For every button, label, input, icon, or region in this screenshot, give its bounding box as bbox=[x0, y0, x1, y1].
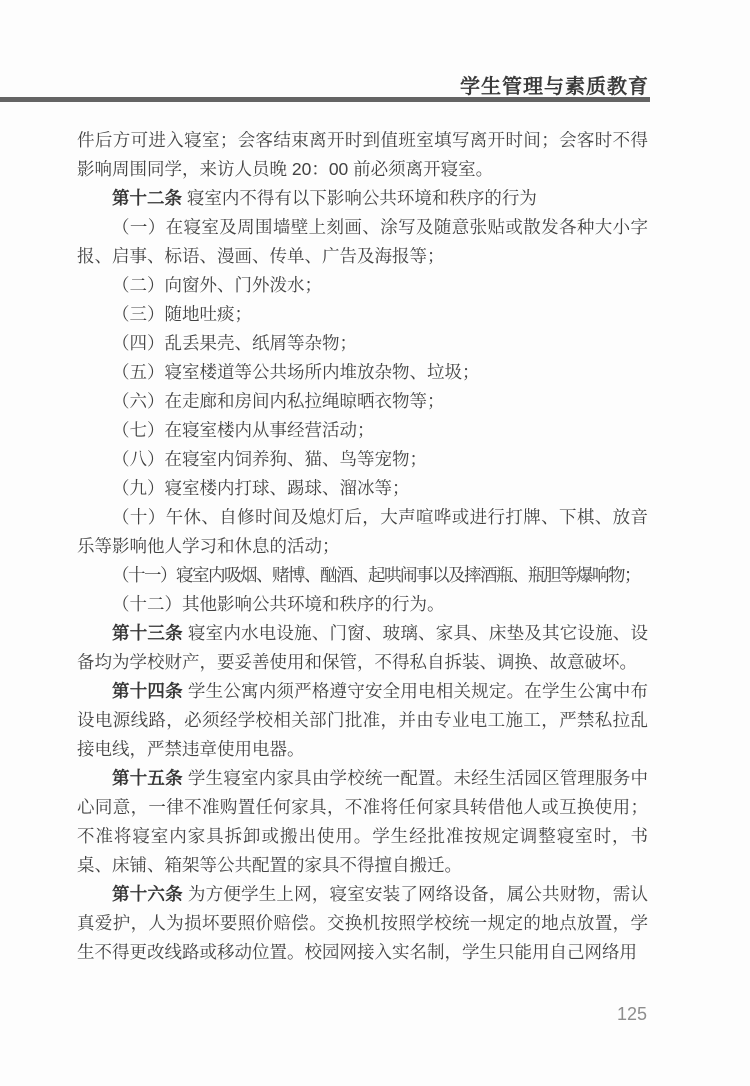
paragraph-text: （九）寝室楼内打球、踢球、溜冰等； bbox=[112, 478, 410, 498]
paragraph-text: （十二）其他影响公共环境和秩序的行为。 bbox=[112, 594, 445, 614]
paragraph-text: 件后方可进入寝室；会客结束离开时到值班室填写离开时间；会客时不得影响周围同学，来… bbox=[77, 130, 648, 179]
article-number: 第十六条 bbox=[112, 884, 183, 904]
paragraph: （十一）寝室内吸烟、赌博、酗酒、起哄闹事以及摔酒瓶、瓶胆等爆响物； bbox=[77, 561, 648, 590]
paragraph: （三）随地吐痰； bbox=[77, 300, 648, 329]
paragraph-text: （十）午休、自修时间及熄灯后，大声喧哗或进行打牌、下棋、放音乐等影响他人学习和休… bbox=[77, 507, 648, 556]
paragraph: 件后方可进入寝室；会客结束离开时到值班室填写离开时间；会客时不得影响周围同学，来… bbox=[77, 126, 648, 184]
article-paragraph: 第十四条 学生公寓内须严格遵守安全用电相关规定。在学生公寓中布设电源线路，必须经… bbox=[77, 677, 648, 764]
article-number: 第十五条 bbox=[112, 768, 183, 788]
article-number: 第十二条 bbox=[112, 188, 182, 208]
article-paragraph: 第十二条 寝室内不得有以下影响公共环境和秩序的行为 bbox=[77, 184, 648, 213]
paragraph-text: （二）向窗外、门外泼水； bbox=[112, 275, 322, 295]
document-page: 学生管理与素质教育 件后方可进入寝室；会客结束离开时到值班室填写离开时间；会客时… bbox=[0, 0, 750, 1086]
paragraph: （二）向窗外、门外泼水； bbox=[77, 271, 648, 300]
paragraph-text: （十一）寝室内吸烟、赌博、酗酒、起哄闹事以及摔酒瓶、瓶胆等爆响物； bbox=[112, 565, 640, 585]
paragraph: （五）寝室楼道等公共场所内堆放杂物、垃圾； bbox=[77, 358, 648, 387]
article-number: 第十四条 bbox=[112, 681, 183, 701]
paragraph: （十二）其他影响公共环境和秩序的行为。 bbox=[77, 590, 648, 619]
paragraph: （四）乱丢果壳、纸屑等杂物； bbox=[77, 329, 648, 358]
paragraph-text: （四）乱丢果壳、纸屑等杂物； bbox=[112, 333, 357, 353]
document-body: 件后方可进入寝室；会客结束离开时到值班室填写离开时间；会客时不得影响周围同学，来… bbox=[77, 126, 648, 967]
header-rule bbox=[0, 97, 650, 102]
paragraph-text: （八）在寝室内饲养狗、猫、鸟等宠物； bbox=[112, 449, 427, 469]
paragraph-text: （一）在寝室及周围墙壁上刻画、涂写及随意张贴或散发各种大小字报、启事、标语、漫画… bbox=[77, 217, 648, 266]
paragraph: （六）在走廊和房间内私拉绳晾晒衣物等； bbox=[77, 387, 648, 416]
paragraph-text: （三）随地吐痰； bbox=[112, 304, 252, 324]
article-paragraph: 第十五条 学生寝室内家具由学校统一配置。未经生活园区管理服务中心同意，一律不准购… bbox=[77, 764, 648, 880]
article-paragraph: 第十六条 为方便学生上网，寝室安装了网络设备，属公共财物，需认真爱护，人为损坏要… bbox=[77, 880, 648, 967]
article-paragraph: 第十三条 寝室内水电设施、门窗、玻璃、家具、床垫及其它设施、设备均为学校财产，要… bbox=[77, 619, 648, 677]
article-number: 第十三条 bbox=[112, 623, 183, 643]
paragraph: （九）寝室楼内打球、踢球、溜冰等； bbox=[77, 474, 648, 503]
paragraph-text: 寝室内不得有以下影响公共环境和秩序的行为 bbox=[187, 188, 537, 208]
paragraph: （七）在寝室楼内从事经营活动； bbox=[77, 416, 648, 445]
paragraph-text: （六）在走廊和房间内私拉绳晾晒衣物等； bbox=[112, 391, 445, 411]
paragraph: （十）午休、自修时间及熄灯后，大声喧哗或进行打牌、下棋、放音乐等影响他人学习和休… bbox=[77, 503, 648, 561]
paragraph-text: （五）寝室楼道等公共场所内堆放杂物、垃圾； bbox=[112, 362, 480, 382]
paragraph-text: （七）在寝室楼内从事经营活动； bbox=[112, 420, 375, 440]
running-header-title: 学生管理与素质教育 bbox=[460, 70, 649, 99]
page-number: 125 bbox=[617, 1004, 647, 1025]
paragraph: （八）在寝室内饲养狗、猫、鸟等宠物； bbox=[77, 445, 648, 474]
paragraph: （一）在寝室及周围墙壁上刻画、涂写及随意张贴或散发各种大小字报、启事、标语、漫画… bbox=[77, 213, 648, 271]
